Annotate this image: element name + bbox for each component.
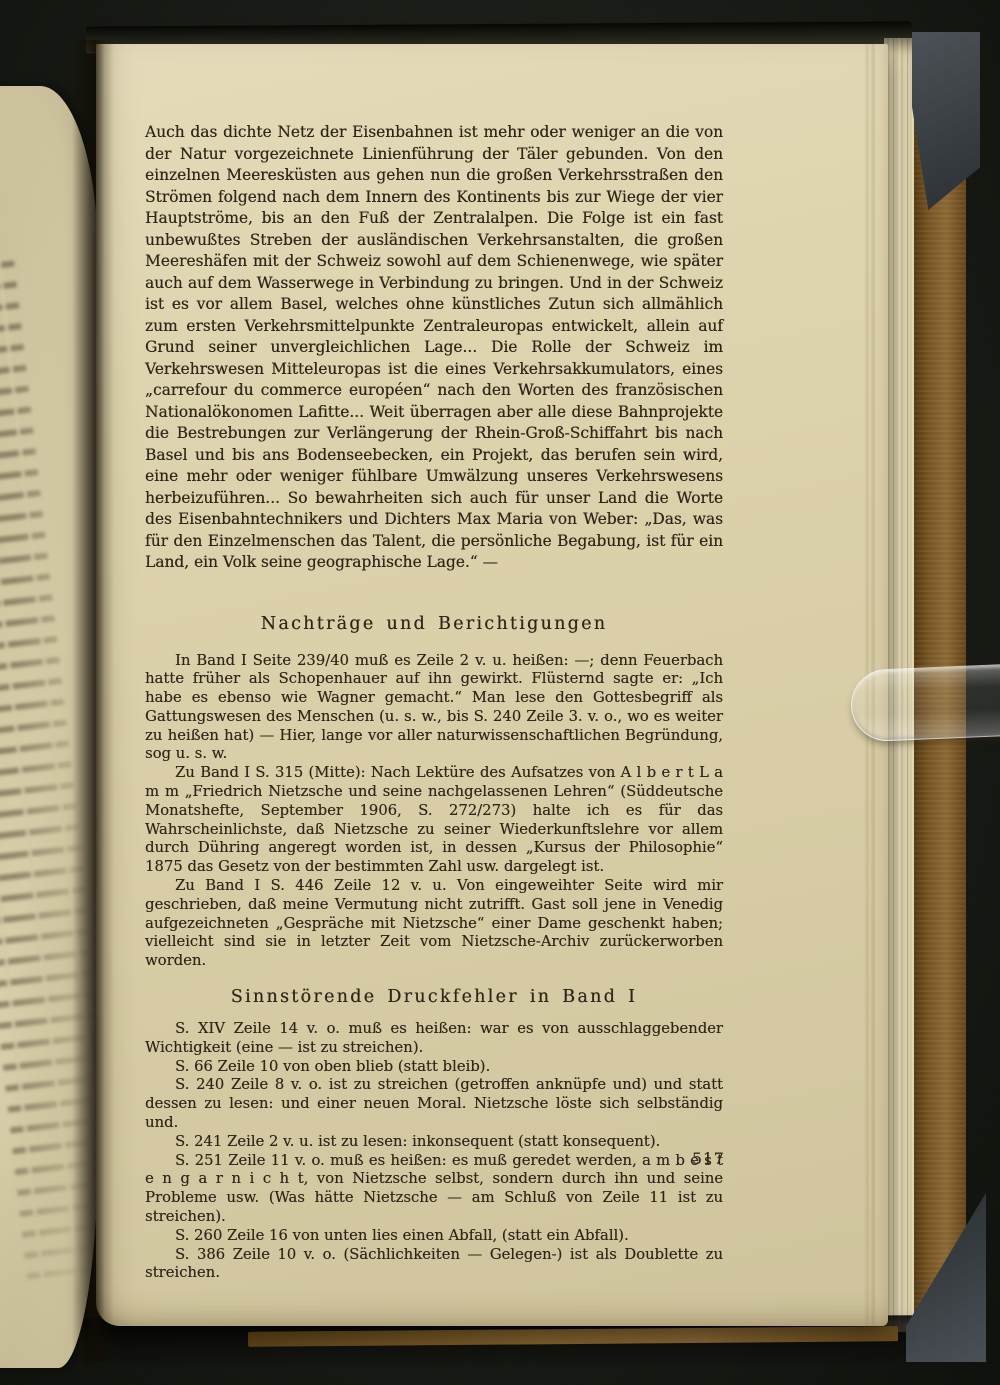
page-number: 517 (692, 1150, 725, 1168)
erratum-item: S. 260 Zeile 16 von unten lies einen Abf… (145, 1227, 723, 1246)
text-block: Auch das dichte Netz der Eisenbahnen ist… (145, 122, 723, 1283)
erratum-item: S. 251 Zeile 11 v. o. muß es heißen: es … (145, 1152, 723, 1227)
book-page: Auch das dichte Netz der Eisenbahnen ist… (96, 44, 888, 1326)
page-holder-clip (850, 664, 1000, 743)
facing-page (0, 86, 98, 1368)
erratum-item: S. XIV Zeile 14 v. o. muß es heißen: war… (145, 1020, 723, 1058)
erratum-item: S. 66 Zeile 10 von oben blieb (statt ble… (145, 1058, 723, 1077)
section-heading-nachtraege: Nachträge und Berichtigungen (145, 614, 723, 634)
nachtraege-paragraph: In Band I Seite 239/40 muß es Zeile 2 v.… (145, 652, 723, 765)
book-scan-photo: Auch das dichte Netz der Eisenbahnen ist… (0, 0, 1000, 1385)
nachtraege-paragraph: Zu Band I S. 446 Zeile 12 v. u. Von eing… (145, 877, 723, 971)
facing-page-fade (0, 86, 98, 1368)
erratum-item: S. 240 Zeile 8 v. o. ist zu streichen (g… (145, 1076, 723, 1132)
erratum-item: S. 386 Zeile 10 v. o. (Sächlichkeiten — … (145, 1246, 723, 1284)
erratum-item: S. 241 Zeile 2 v. u. ist zu lesen: inkon… (145, 1133, 723, 1152)
section-heading-druckfehler: Sinnstörende Druckfehler in Band I (145, 987, 723, 1007)
paragraph-main: Auch das dichte Netz der Eisenbahnen ist… (145, 122, 723, 574)
nachtraege-paragraph: Zu Band I S. 315 (Mitte): Nach Lektüre d… (145, 764, 723, 877)
